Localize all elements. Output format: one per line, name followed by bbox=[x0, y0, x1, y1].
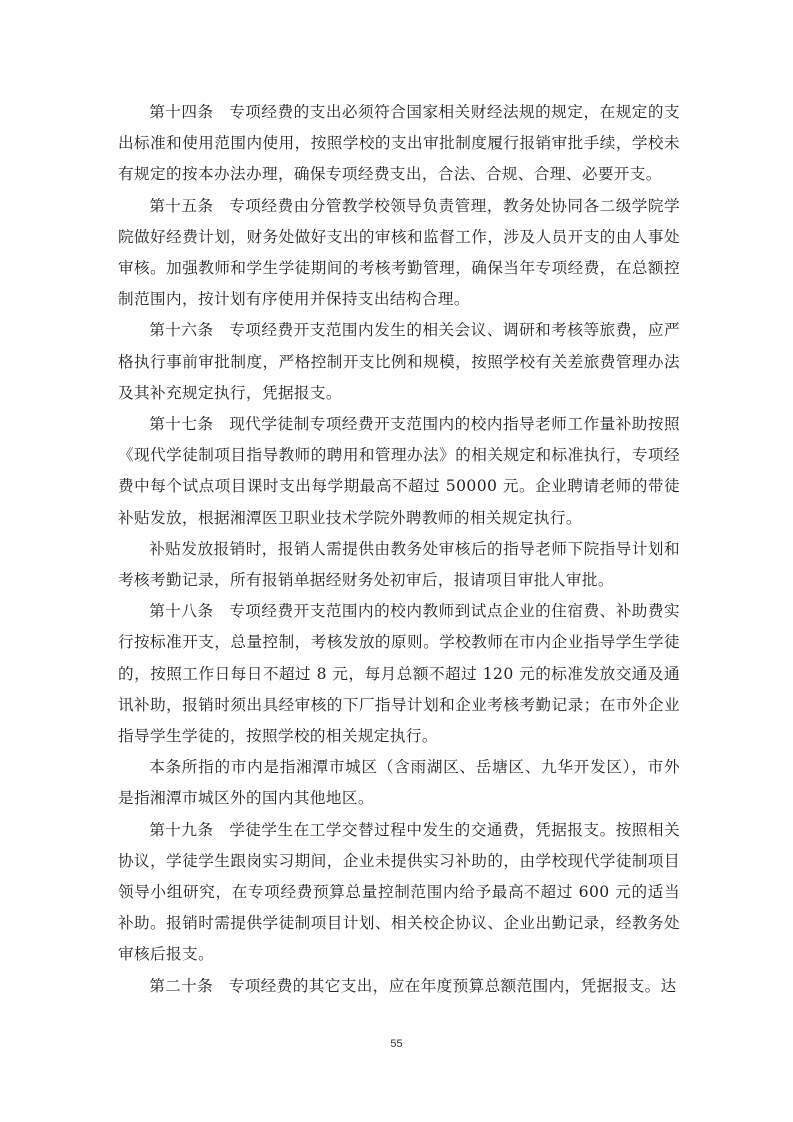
document-page: 第十四条专项经费的支出必须符合国家相关财经法规的规定，在规定的支出标准和使用范围… bbox=[0, 0, 793, 1122]
article-16: 第十六条专项经费开支范围内发生的相关会议、调研和考核等旅费，应严格执行事前审批制… bbox=[118, 315, 680, 409]
article-number: 第十九条 bbox=[149, 821, 213, 839]
article-17: 第十七条现代学徒制专项经费开支范围内的校内指导老师工作量补助按照《现代学徒制项目… bbox=[118, 409, 680, 534]
paragraph-text: 补贴发放报销时，报销人需提供由教务处审核后的指导老师下院指导计划和考核考勤记录，… bbox=[118, 540, 680, 589]
article-20: 第二十条专项经费的其它支出，应在年度预算总额范围内，凭据报支。达 bbox=[118, 971, 680, 1002]
paragraph-text: 本条所指的市内是指湘潭市城区（含雨湖区、岳塘区、九华开发区），市外是指湘潭市城区… bbox=[118, 758, 680, 807]
article-15: 第十五条专项经费由分管教学校领导负责管理，教务处协同各二级学院学院做好经费计划，… bbox=[118, 191, 680, 316]
article-number: 第十四条 bbox=[149, 103, 213, 121]
page-number: 55 bbox=[0, 1038, 793, 1050]
article-17-supplement: 补贴发放报销时，报销人需提供由教务处审核后的指导老师下院指导计划和考核考勤记录，… bbox=[118, 534, 680, 596]
article-text: 学徒学生在工学交替过程中发生的交通费，凭据报支。按照相关协议，学徒学生跟岗实习期… bbox=[118, 821, 680, 964]
article-number: 第十五条 bbox=[149, 197, 213, 215]
article-text: 专项经费开支范围内的校内教师到试点企业的住宿费、补助费实行按标准开支，总量控制，… bbox=[118, 602, 680, 745]
article-number: 第十七条 bbox=[149, 415, 213, 433]
article-18-supplement: 本条所指的市内是指湘潭市城区（含雨湖区、岳塘区、九华开发区），市外是指湘潭市城区… bbox=[118, 752, 680, 814]
article-number: 第十八条 bbox=[149, 602, 213, 620]
article-19: 第十九条学徒学生在工学交替过程中发生的交通费，凭据报支。按照相关协议，学徒学生跟… bbox=[118, 815, 680, 971]
article-18: 第十八条专项经费开支范围内的校内教师到试点企业的住宿费、补助费实行按标准开支，总… bbox=[118, 596, 680, 752]
article-14: 第十四条专项经费的支出必须符合国家相关财经法规的规定，在规定的支出标准和使用范围… bbox=[118, 97, 680, 191]
article-text: 专项经费的其它支出，应在年度预算总额范围内，凭据报支。达 bbox=[229, 977, 677, 995]
article-number: 第二十条 bbox=[149, 977, 213, 995]
document-body: 第十四条专项经费的支出必须符合国家相关财经法规的规定，在规定的支出标准和使用范围… bbox=[118, 97, 680, 1002]
article-number: 第十六条 bbox=[149, 321, 213, 339]
